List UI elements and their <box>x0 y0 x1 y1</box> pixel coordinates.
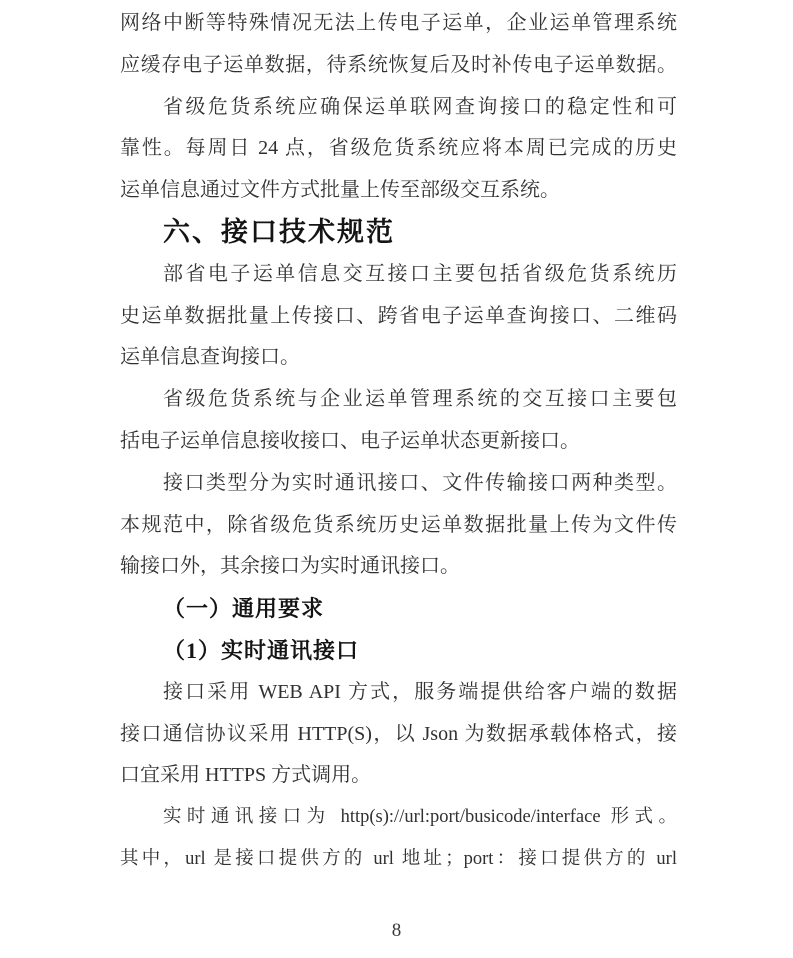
text-line: 实时通讯接口为 http(s)://url:port/busicode/inte… <box>120 797 677 839</box>
text-line: 省级危货系统应确保运单联网查询接口的稳定性和可 <box>120 87 677 129</box>
text-line: 运单信息查询接口。 <box>120 337 677 379</box>
text-line: 口宜采用 HTTPS 方式调用。 <box>120 755 677 797</box>
text-line: 本规范中，除省级危货系统历史运单数据批量上传为文件传 <box>120 505 677 547</box>
text-line: 史运单数据批量上传接口、跨省电子运单查询接口、二维码 <box>120 296 677 338</box>
page-number: 8 <box>0 920 793 942</box>
text-line: 输接口外，其余接口为实时通讯接口。 <box>120 546 677 588</box>
text-line: 运单信息通过文件方式批量上传至部级交互系统。 <box>120 170 677 212</box>
text-line: 接口通信协议采用 HTTP(S)，以 Json 为数据承载体格式，接 <box>120 714 677 756</box>
section-heading: （一）通用要求 <box>120 588 677 630</box>
section-heading: （1）实时通讯接口 <box>120 630 677 672</box>
text-line: 省级危货系统与企业运单管理系统的交互接口主要包 <box>120 379 677 421</box>
text-line: 其中，url 是接口提供方的 url 地址；port：接口提供方的 url <box>120 839 677 881</box>
document-page: 网络中断等特殊情况无法上传电子运单，企业运单管理系统应缓存电子运单数据，待系统恢… <box>0 0 793 958</box>
text-line: 接口采用 WEB API 方式，服务端提供给客户端的数据 <box>120 672 677 714</box>
text-line: 靠性。每周日 24 点，省级危货系统应将本周已完成的历史 <box>120 128 677 170</box>
section-heading: 六、接口技术规范 <box>120 212 677 254</box>
text-line: 接口类型分为实时通讯接口、文件传输接口两种类型。 <box>120 463 677 505</box>
text-line: 括电子运单信息接收接口、电子运单状态更新接口。 <box>120 421 677 463</box>
text-line: 应缓存电子运单数据，待系统恢复后及时补传电子运单数据。 <box>120 45 677 87</box>
text-line: 网络中断等特殊情况无法上传电子运单，企业运单管理系统 <box>120 3 677 45</box>
page-body-text: 网络中断等特殊情况无法上传电子运单，企业运单管理系统应缓存电子运单数据，待系统恢… <box>120 3 677 881</box>
text-line: 部省电子运单信息交互接口主要包括省级危货系统历 <box>120 254 677 296</box>
